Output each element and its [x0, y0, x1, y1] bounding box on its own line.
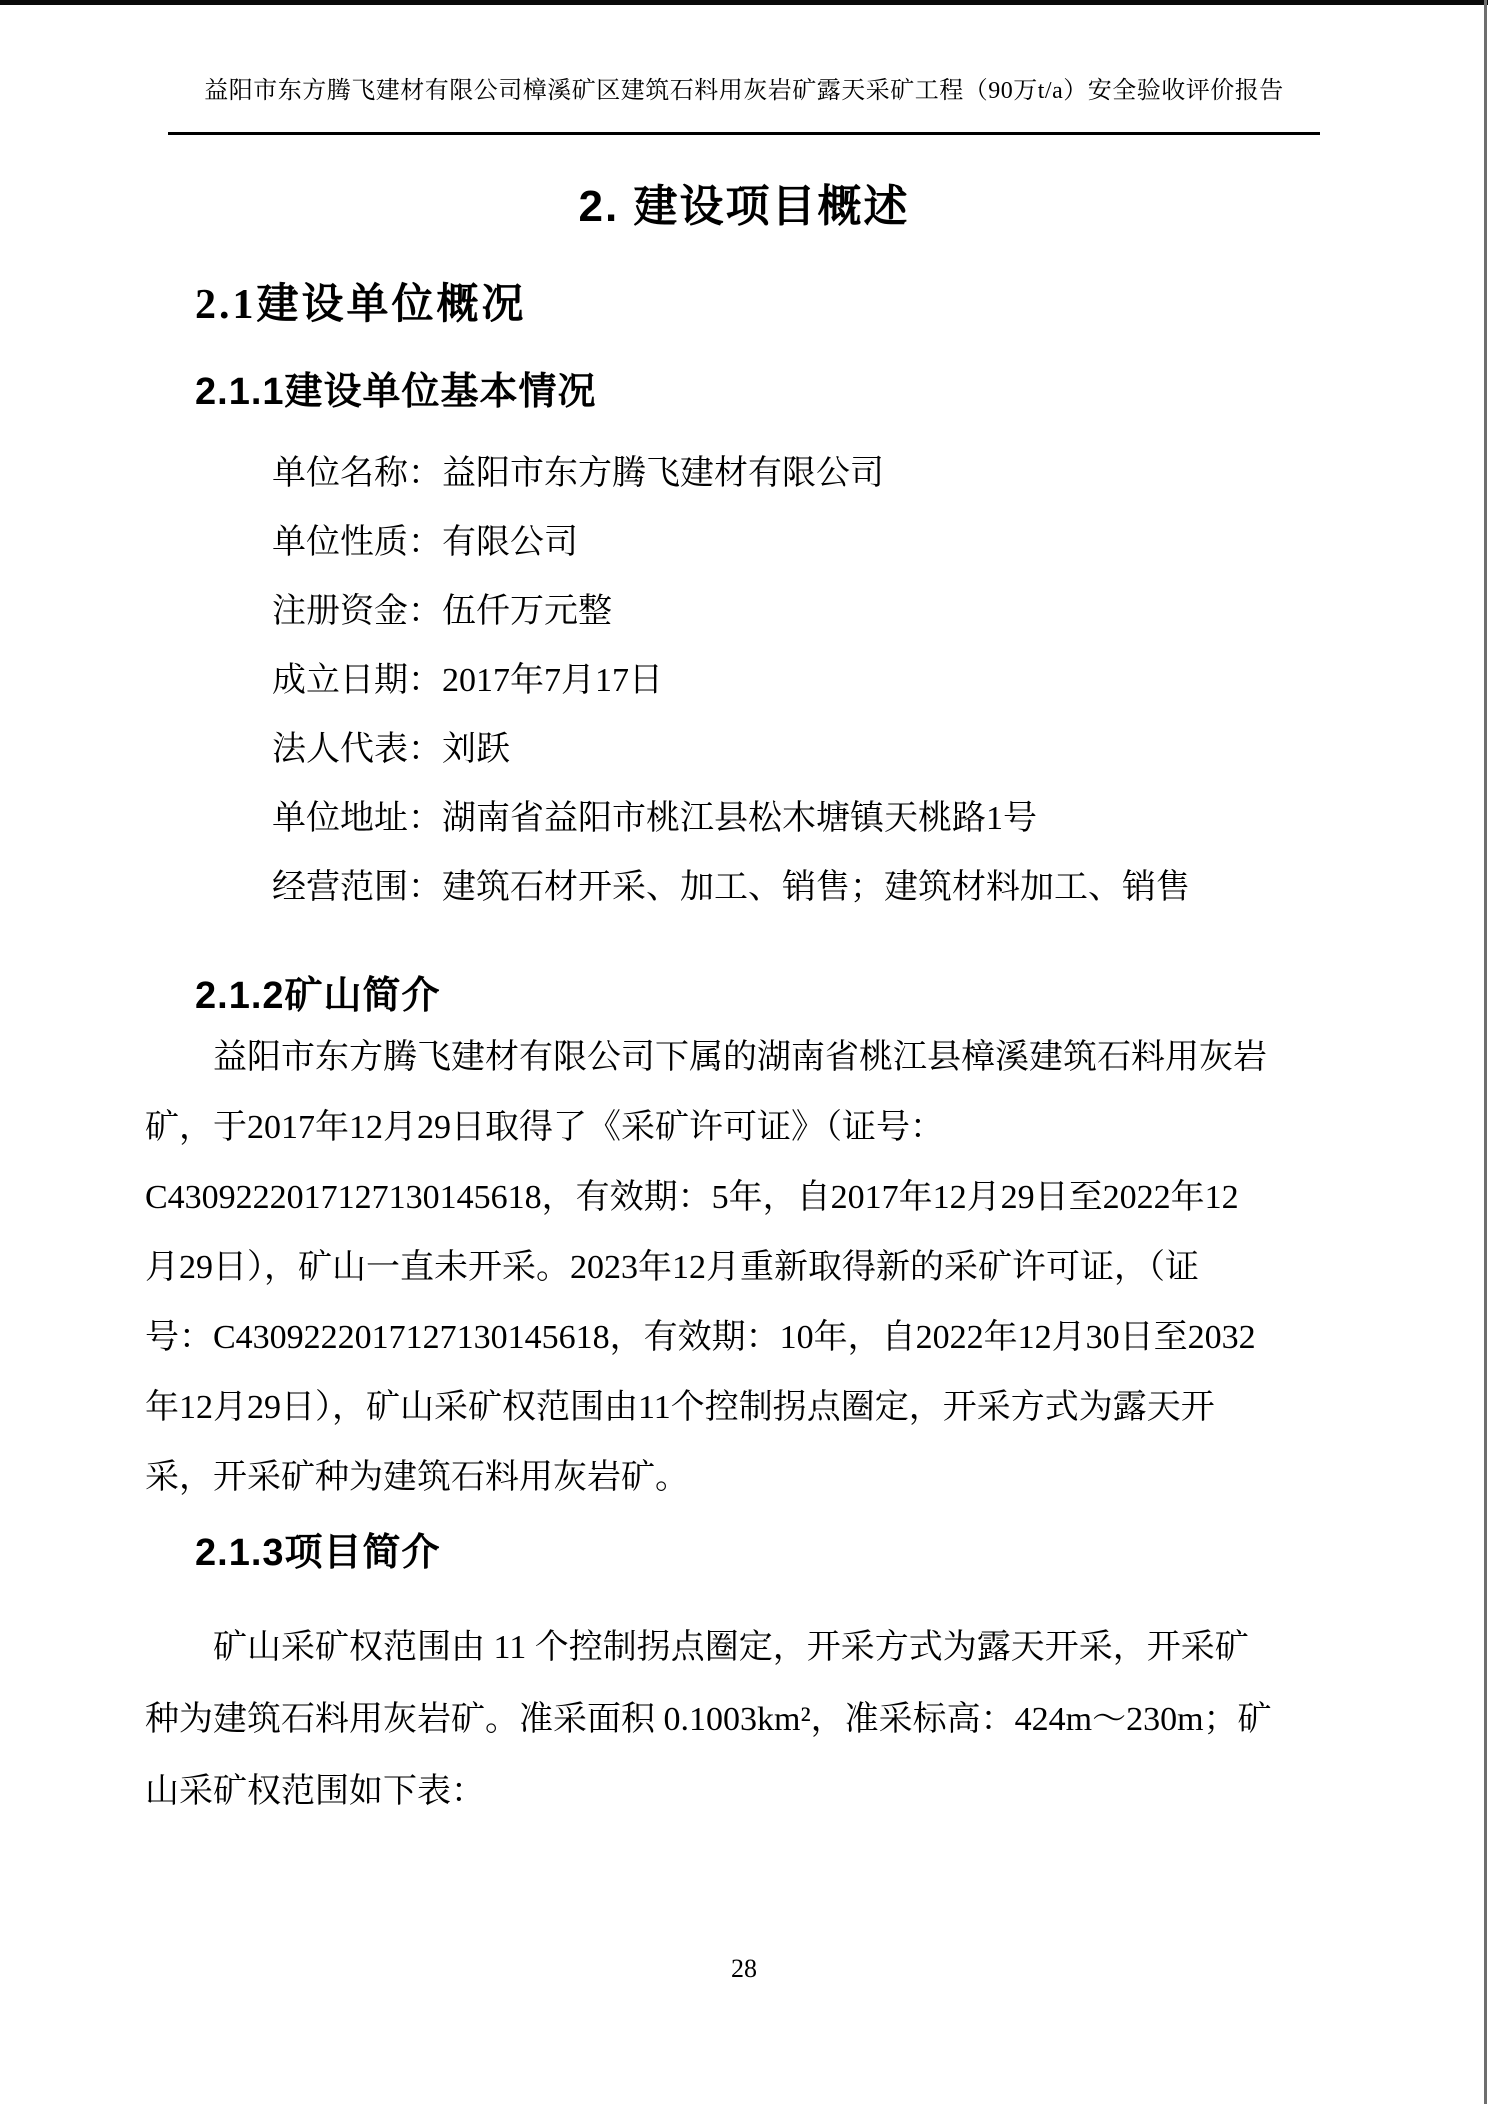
subsection-heading-2-1-2: 2.1.2矿山简介 [195, 973, 1355, 1019]
detail-line-company-name: 单位名称：益阳市东方腾飞建材有限公司 [272, 439, 1355, 508]
detail-line-registered-capital: 注册资金：伍仟万元整 [272, 577, 1355, 646]
subsection-heading-2-1-3: 2.1.3项目简介 [195, 1530, 1355, 1576]
section-heading-2-1: 2.1建设单位概况 [195, 280, 1355, 330]
paragraph-line: 年12月29日），矿山采矿权范围由11个控制拐点圈定，开采方式为露天开 [145, 1373, 1355, 1443]
detail-line-company-type: 单位性质：有限公司 [272, 508, 1355, 577]
detail-line-legal-representative: 法人代表：刘跃 [272, 715, 1355, 784]
paragraph-line: 矿山采矿权范围由 11 个控制拐点圈定，开采方式为露天开采，开采矿 [145, 1612, 1355, 1684]
subsection-heading-2-1-1: 2.1.1建设单位基本情况 [195, 369, 1355, 415]
paragraph-line: 益阳市东方腾飞建材有限公司下属的湖南省桃江县樟溪建筑石料用灰岩 [145, 1023, 1355, 1093]
page-number: 28 [0, 1953, 1488, 1985]
page-body: 2.1建设单位概况 2.1.1建设单位基本情况 单位名称：益阳市东方腾飞建材有限… [145, 280, 1355, 1828]
detail-line-business-scope: 经营范围：建筑石材开采、加工、销售；建筑材料加工、销售 [272, 853, 1355, 922]
paragraph-line: C4309222017127130145618，有效期：5年，自2017年12月… [145, 1163, 1355, 1233]
company-details-list: 单位名称：益阳市东方腾飞建材有限公司 单位性质：有限公司 注册资金：伍仟万元整 … [272, 439, 1355, 922]
window-top-edge [0, 0, 1488, 5]
paragraph-line: 采，开采矿种为建筑石料用灰岩矿。 [145, 1443, 1355, 1513]
paragraph-line: 种为建筑石料用灰岩矿。准采面积 0.1003km²，准采标高：424m～230m… [145, 1684, 1355, 1756]
mine-intro-paragraph: 益阳市东方腾飞建材有限公司下属的湖南省桃江县樟溪建筑石料用灰岩 矿，于2017年… [145, 1023, 1355, 1513]
paragraph-line: 矿，于2017年12月29日取得了《采矿许可证》（证号： [145, 1093, 1355, 1163]
paragraph-line: 月29日），矿山一直未开采。2023年12月重新取得新的采矿许可证，（证 [145, 1233, 1355, 1303]
window-right-edge [1484, 0, 1487, 2104]
project-intro-paragraph: 矿山采矿权范围由 11 个控制拐点圈定，开采方式为露天开采，开采矿 种为建筑石料… [145, 1612, 1355, 1828]
header-title: 益阳市东方腾飞建材有限公司樟溪矿区建筑石料用灰岩矿露天采矿工程（90万t/a）安… [168, 76, 1320, 106]
page-header: 益阳市东方腾飞建材有限公司樟溪矿区建筑石料用灰岩矿露天采矿工程（90万t/a）安… [168, 0, 1320, 135]
detail-line-company-address: 单位地址：湖南省益阳市桃江县松木塘镇天桃路1号 [272, 784, 1355, 853]
chapter-title: 2. 建设项目概述 [0, 183, 1488, 231]
paragraph-line: 号：C4309222017127130145618，有效期：10年，自2022年… [145, 1303, 1355, 1373]
report-page: 益阳市东方腾飞建材有限公司樟溪矿区建筑石料用灰岩矿露天采矿工程（90万t/a）安… [0, 0, 1488, 2104]
header-divider [168, 132, 1320, 135]
detail-line-founding-date: 成立日期：2017年7月17日 [272, 646, 1355, 715]
paragraph-line: 山采矿权范围如下表： [145, 1756, 1355, 1828]
